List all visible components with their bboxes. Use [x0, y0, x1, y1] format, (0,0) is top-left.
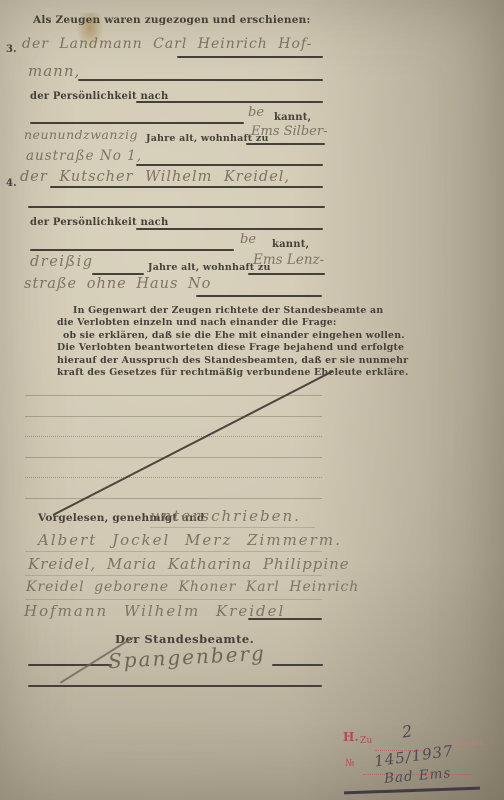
ruled-line	[150, 527, 315, 528]
blank-line	[248, 618, 322, 620]
annotation-faint-word: gestorben	[450, 740, 484, 747]
ruled-line	[25, 477, 322, 478]
blank-line	[30, 122, 244, 124]
declaration-line: kraft des Gesetzes für rechtmäßig verbun…	[57, 367, 408, 378]
blank-line	[28, 664, 112, 666]
ruled-line	[25, 498, 322, 499]
blank-line	[246, 143, 325, 145]
blank-line	[248, 273, 325, 275]
witness4-known-printed: kannt,	[272, 239, 309, 250]
signature-line-4: Hofmann Wilhelm Kreidel	[24, 602, 285, 620]
closing-handwritten: unterschrieben.	[150, 507, 301, 525]
witness3-known-handwritten: be	[248, 105, 264, 120]
blank-line	[272, 664, 323, 666]
signature-line-1: Albert Jockel Merz Zimmerm.	[38, 531, 342, 549]
blank-line	[177, 56, 323, 58]
witness3-name-line1: der Landmann Carl Heinrich Hof-	[22, 36, 312, 52]
witness4-name-line1: der Kutscher Wilhelm Kreidel,	[20, 169, 290, 185]
blank-line	[92, 273, 144, 275]
blank-line	[136, 228, 323, 230]
registry-document-page: Als Zeugen waren zugezogen und erschiene…	[0, 0, 504, 800]
ruled-line	[25, 416, 322, 417]
ruled-line	[25, 457, 322, 458]
signature-line-2: Kreidel, Maria Katharina Philippine	[28, 555, 350, 573]
blank-line	[50, 186, 323, 188]
declaration-line: die Verlobten einzeln und nach einander …	[57, 317, 337, 328]
witness3-name-line2: mann,	[28, 62, 80, 80]
blank-line	[28, 206, 325, 208]
witness3-residence-line1: Ems Silber-	[251, 124, 327, 139]
declaration-line: In Gegenwart der Zeugen richtete der Sta…	[73, 305, 383, 316]
blank-line	[78, 79, 323, 81]
declaration-line: ob sie erklären, daß sie die Ehe mit ein…	[63, 330, 405, 341]
witnesses-heading: Als Zeugen waren zugezogen und erschiene…	[33, 14, 311, 26]
paper-vignette	[0, 0, 504, 800]
annotation-h-label: H.	[343, 730, 359, 744]
witness4-number: 4.	[6, 178, 17, 189]
cancellation-stroke	[53, 371, 333, 516]
witness3-age-handwritten: neunundzwanzig	[24, 127, 138, 142]
annotation-no-label: №	[345, 758, 355, 769]
signature-line-3: Kreidel geborene Khoner Karl Heinrich	[26, 579, 359, 595]
witness4-residence-line1: Ems Lenz-	[253, 252, 324, 268]
witness4-identity-label: der Persönlichkeit nach	[30, 217, 168, 228]
declaration-line: hierauf der Ausspruch des Standesbeamten…	[57, 355, 408, 366]
annotation-place: Bad Ems	[383, 765, 452, 787]
blank-line	[136, 164, 323, 166]
witness4-residence-line2: straße ohne Haus No	[24, 276, 211, 292]
ruled-line	[25, 599, 322, 600]
ruled-line	[25, 575, 322, 576]
annotation-underline	[344, 787, 480, 794]
ruled-line	[25, 395, 322, 396]
declaration-line: Die Verlobten beantworteten diese Frage …	[57, 342, 404, 353]
ruled-line	[25, 436, 322, 437]
witness3-residence-line2: austraße No 1,	[26, 148, 142, 164]
annotation-zu-value: 2	[401, 721, 414, 741]
blank-line	[30, 249, 234, 251]
ruled-line	[25, 551, 322, 552]
annotation-zu-label: Zu	[360, 736, 372, 746]
blank-line	[136, 101, 323, 103]
blank-line	[196, 295, 322, 297]
witness3-number: 3.	[6, 44, 17, 55]
witness3-known-printed: kannt,	[274, 112, 311, 123]
blank-line	[28, 685, 322, 687]
witness4-known-handwritten: be	[240, 232, 256, 247]
witness4-age-handwritten: dreißig	[30, 254, 94, 270]
